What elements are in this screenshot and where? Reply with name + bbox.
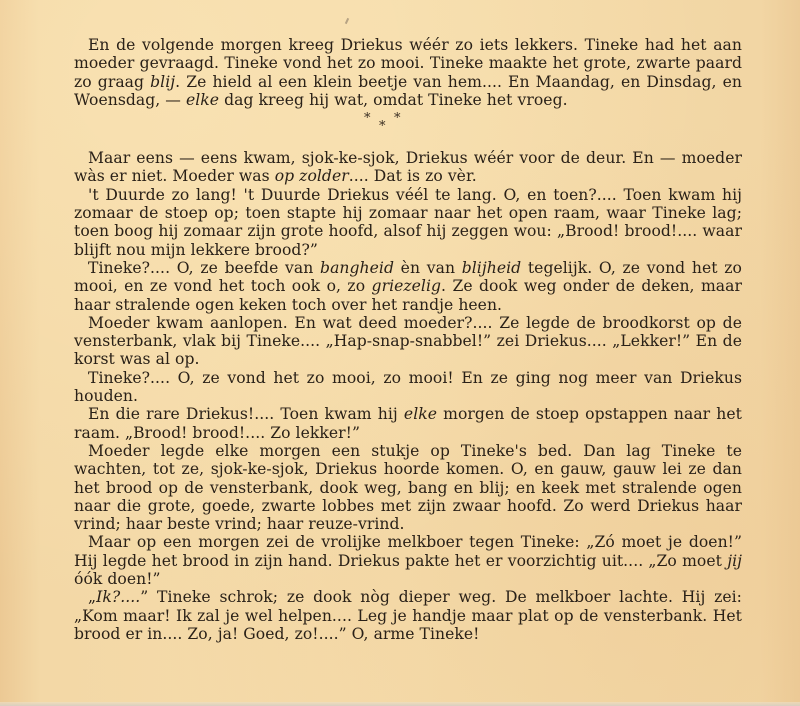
- text-run: Maar op een morgen zei de vrolijke melkb…: [74, 533, 742, 569]
- italic-text: jij: [727, 552, 742, 570]
- paragraph: Maar op een morgen zei de vrolijke melkb…: [74, 533, 742, 588]
- italic-text: op zolder: [275, 167, 349, 185]
- italic-text: blij: [150, 73, 175, 91]
- italic-text: elke: [404, 405, 437, 423]
- paragraph: 't Duurde zo lang! 't Duurde Driekus véé…: [74, 186, 742, 259]
- text-run: .... Dat is zo vèr.: [349, 167, 477, 185]
- paragraph: Moeder legde elke morgen een stukje op T…: [74, 442, 742, 533]
- paragraph: Maar eens — eens kwam, sjok-ke-sjok, Dri…: [74, 149, 742, 186]
- text-run: óók doen!”: [74, 570, 161, 588]
- paragraph: Tineke?.... O, ze vond het zo mooi, zo m…: [74, 369, 742, 406]
- paragraph: En de volgende morgen kreeg Driekus wéér…: [74, 36, 742, 109]
- italic-text: bangheid: [320, 259, 394, 277]
- asterisk-ornament: *: [364, 111, 371, 126]
- text-run: „: [88, 588, 96, 606]
- text-run: 't Duurde zo lang! 't Duurde Driekus véé…: [74, 186, 742, 259]
- page-bottom-edge: [0, 702, 800, 706]
- asterisk-ornament: *: [379, 119, 386, 134]
- text-run: èn van: [394, 259, 462, 277]
- paper-speck: [345, 18, 349, 24]
- text-run: Tineke?.... O, ze vond het zo mooi, zo m…: [74, 369, 742, 405]
- book-page: En de volgende morgen kreeg Driekus wéér…: [74, 36, 742, 643]
- text-run: Moeder kwam aanlopen. En wat deed moeder…: [74, 314, 742, 369]
- italic-text: Ik?....: [96, 588, 140, 606]
- section-break: * * *: [74, 109, 742, 149]
- paragraph: En die rare Driekus!.... Toen kwam hij e…: [74, 405, 742, 442]
- paragraph: Moeder kwam aanlopen. En wat deed moeder…: [74, 314, 742, 369]
- asterisk-ornament: *: [394, 111, 401, 126]
- opening-section: En de volgende morgen kreeg Driekus wéér…: [74, 36, 742, 109]
- text-run: dag kreeg hij wat, omdat Tineke het vroe…: [219, 91, 568, 109]
- italic-text: blijheid: [462, 259, 521, 277]
- italic-text: elke: [186, 91, 219, 109]
- text-run: ” Tineke schrok; ze dook nòg dieper weg.…: [74, 588, 742, 643]
- italic-text: griezelig: [372, 277, 442, 295]
- text-run: En die rare Driekus!.... Toen kwam hij: [88, 405, 404, 423]
- paragraph: „Ik?....” Tineke schrok; ze dook nòg die…: [74, 588, 742, 643]
- paragraph: Tineke?.... O, ze beefde van bangheid èn…: [74, 259, 742, 314]
- text-run: Tineke?.... O, ze beefde van: [88, 259, 320, 277]
- text-run: Moeder legde elke morgen een stukje op T…: [74, 442, 742, 533]
- story-section: Maar eens — eens kwam, sjok-ke-sjok, Dri…: [74, 149, 742, 643]
